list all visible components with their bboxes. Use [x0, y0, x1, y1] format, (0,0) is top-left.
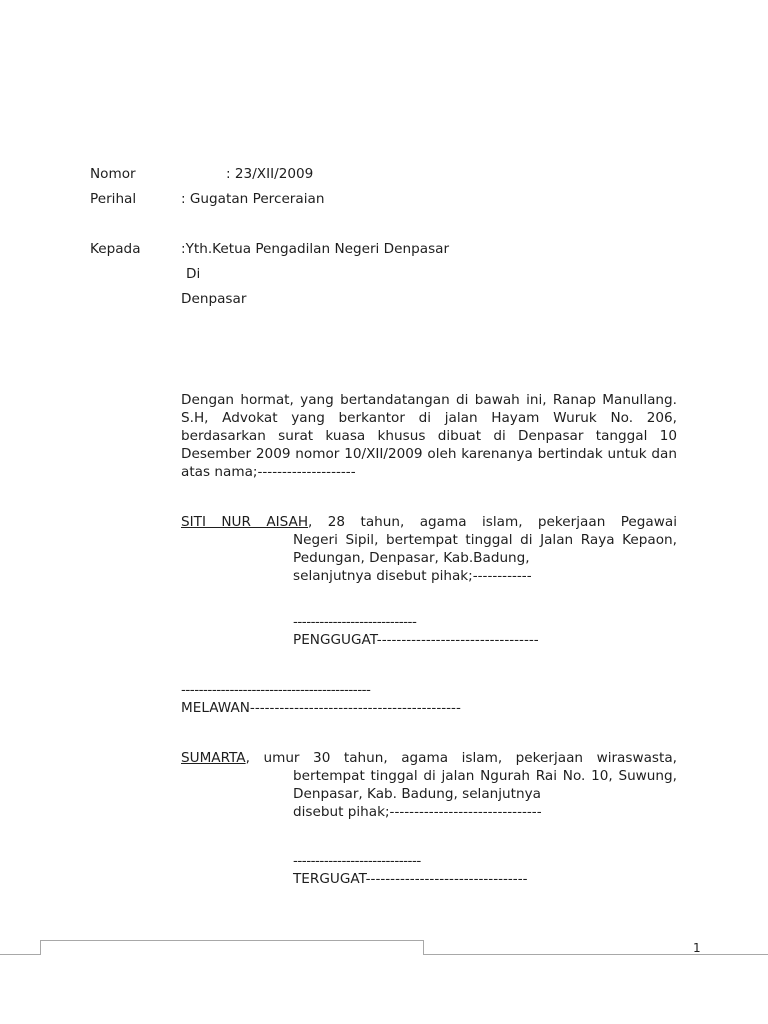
defendant-name: SUMARTA: [181, 750, 246, 766]
page-number: 1: [693, 941, 701, 955]
nomor-label: Nomor: [90, 165, 136, 183]
opening-paragraph: Dengan hormat, yang bertandatangan di ba…: [181, 391, 677, 481]
defendant-first-line: SUMARTA, umur 30 tahun, agama islam, pek…: [181, 749, 677, 767]
recipient-city: Denpasar: [181, 290, 246, 308]
defendant-paragraph: SUMARTA, umur 30 tahun, agama islam, pek…: [181, 749, 677, 821]
plaintiff-role: PENGGUGAT-------------------------------…: [293, 631, 539, 649]
plaintiff-closing: selanjutnya disebut pihak;------------: [293, 567, 677, 585]
defendant-address: bertempat tinggal di jalan Ngurah Rai No…: [293, 767, 677, 821]
nomor-value: : 23/XII/2009: [226, 165, 313, 183]
plaintiff-name: SITI NUR AISAH: [181, 514, 308, 530]
defendant-role: TERGUGAT--------------------------------…: [293, 870, 528, 888]
plaintiff-details: , 28 tahun, agama islam, pekerjaan Pegaw…: [308, 514, 677, 530]
plaintiff-paragraph: SITI NUR AISAH, 28 tahun, agama islam, p…: [181, 513, 677, 585]
kepada-label: Kepada: [90, 240, 141, 258]
di-text: Di: [186, 265, 200, 283]
plaintiff-address-text: Negeri Sipil, bertempat tinggal di Jalan…: [293, 532, 677, 566]
defendant-dash-line: -----------------------------: [293, 852, 421, 870]
plaintiff-address: Negeri Sipil, bertempat tinggal di Jalan…: [293, 531, 677, 585]
document-page: Nomor : 23/XII/2009 Perihal : Gugatan Pe…: [0, 0, 768, 1024]
perihal-label: Perihal: [90, 190, 136, 208]
plaintiff-first-line: SITI NUR AISAH, 28 tahun, agama islam, p…: [181, 513, 677, 531]
defendant-address-text: bertempat tinggal di jalan Ngurah Rai No…: [293, 768, 677, 802]
versus-dash-line: ----------------------------------------…: [181, 681, 370, 699]
plaintiff-dash-line: ----------------------------: [293, 613, 416, 631]
versus-label: MELAWAN---------------------------------…: [181, 699, 461, 717]
defendant-closing: disebut pihak;--------------------------…: [293, 803, 677, 821]
defendant-details: , umur 30 tahun, agama islam, pekerjaan …: [246, 750, 677, 766]
kepada-value: :Yth.Ketua Pengadilan Negeri Denpasar: [181, 240, 449, 258]
footer-frame: [40, 940, 424, 955]
perihal-value: : Gugatan Perceraian: [181, 190, 324, 208]
